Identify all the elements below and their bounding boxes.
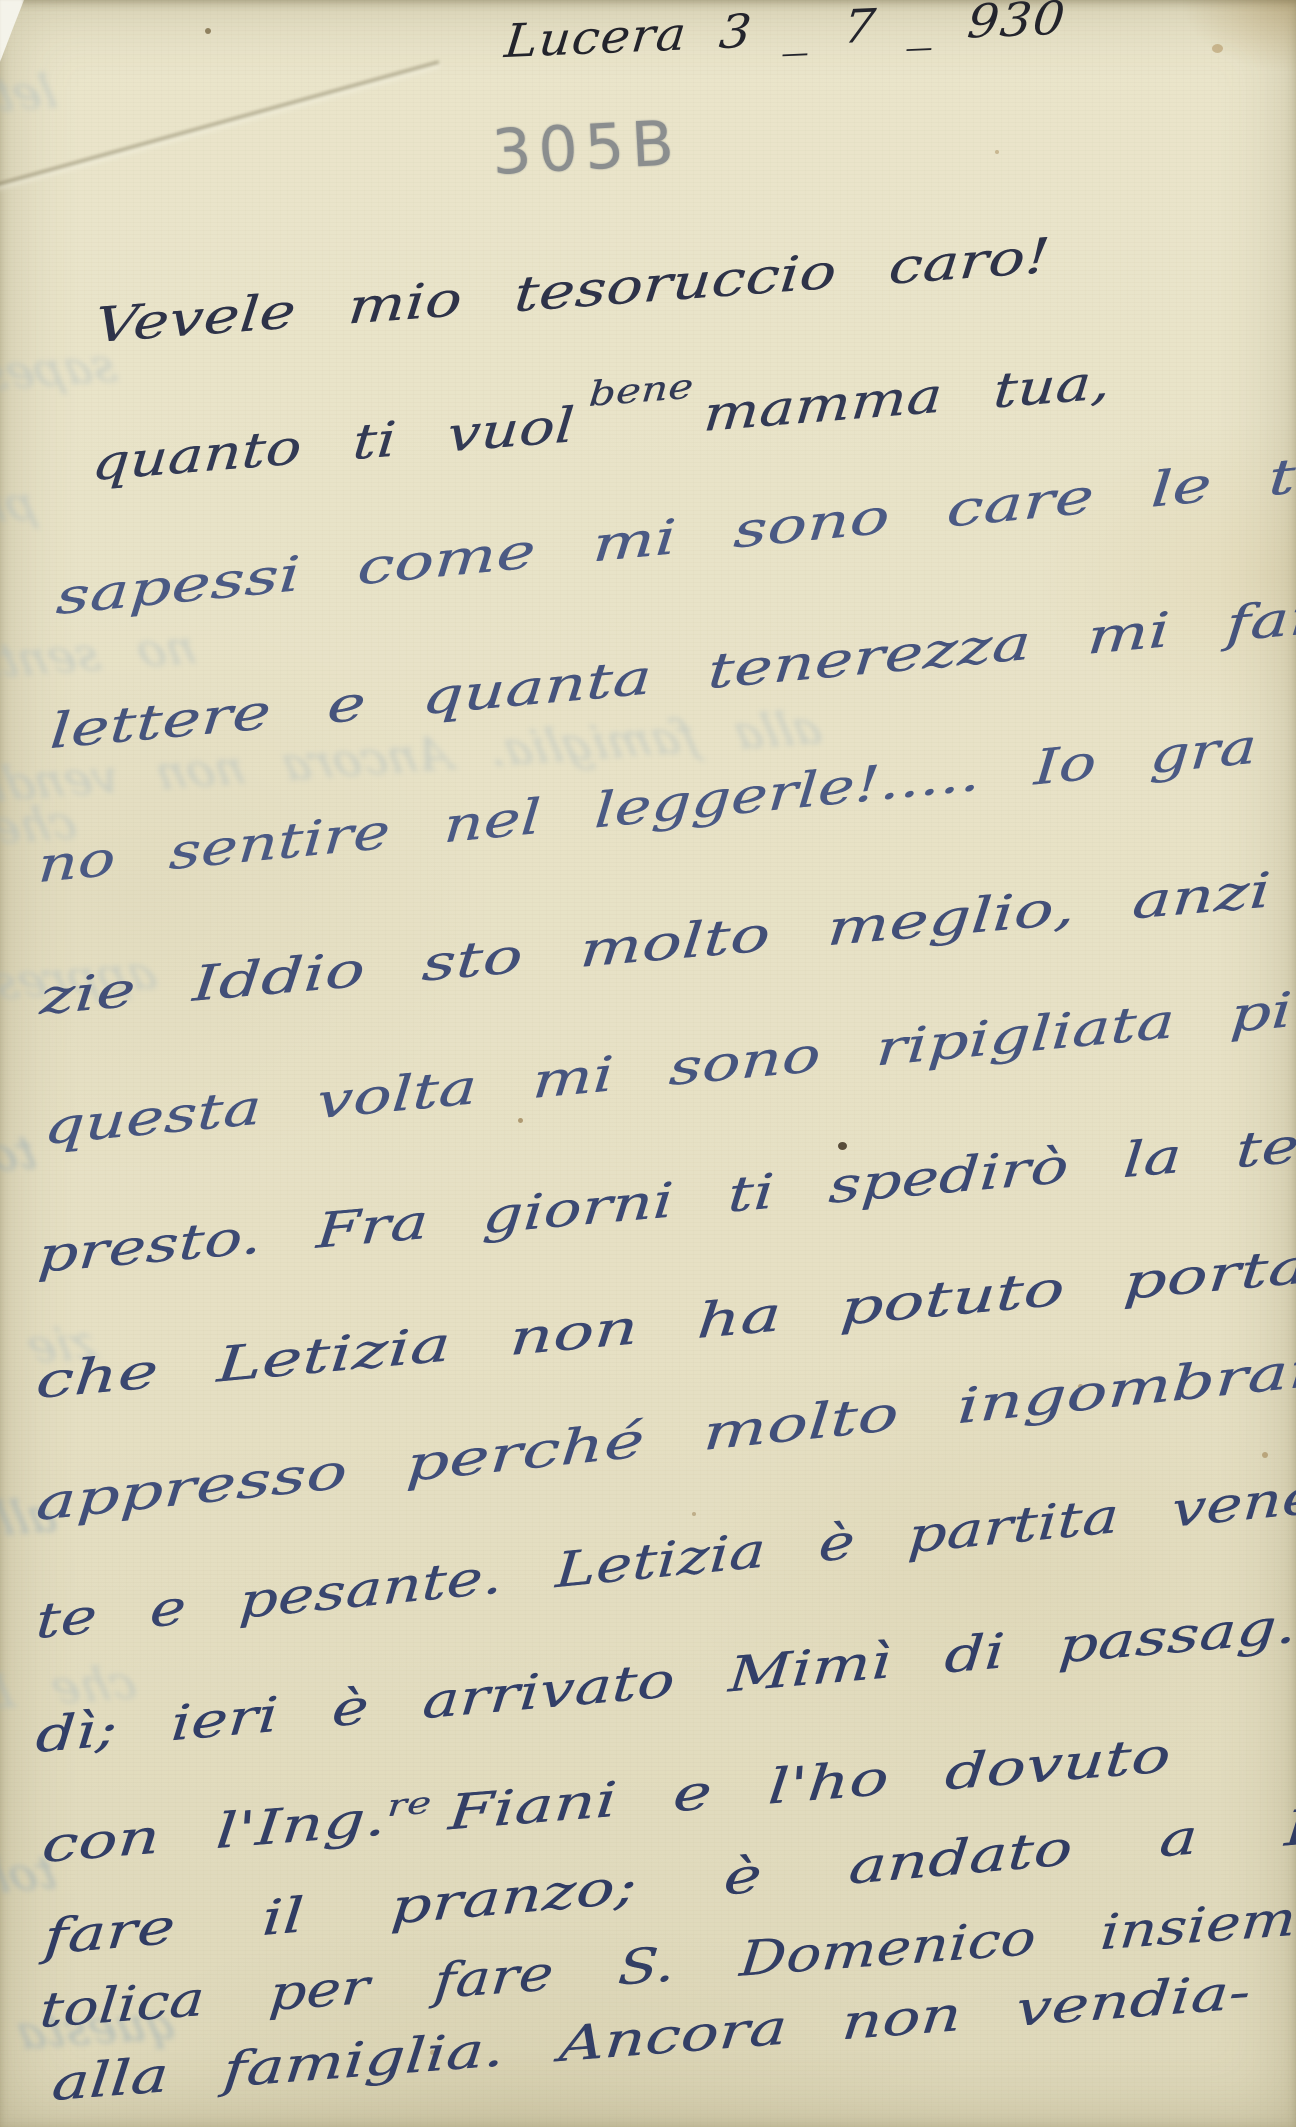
letter-line-text: mamma tua, <box>701 354 1112 443</box>
foxing-spot <box>995 150 999 154</box>
ink-bleed-line: tolica per fare S. Domenico insieme <box>0 1125 41 1246</box>
catalog-number: 305B <box>490 106 682 189</box>
paper-crease <box>0 60 439 188</box>
letter-line-text: quanto ti vuol <box>90 397 577 492</box>
inserted-word-above-line: bene <box>588 367 695 414</box>
superscript-abbreviation: re <box>386 1786 433 1823</box>
letter-line: quanto ti vuolbenemamma tua, <box>90 356 1113 492</box>
torn-corner <box>0 0 26 64</box>
ink-bleed-line: lettere e quanta tenerezza mi fan <box>0 64 61 181</box>
foxing-spot <box>1212 44 1223 53</box>
letter-line-text: con l'Ing. <box>40 1790 389 1874</box>
foxing-spot <box>205 28 211 34</box>
letter-line: no sentire nel leggerle!..... Io gra <box>36 720 1258 894</box>
foxing-spot <box>518 1118 523 1123</box>
foxing-spot <box>1262 1452 1268 1458</box>
salutation: Vevele mio tesoruccio caro! <box>93 230 1052 354</box>
foxing-spot <box>692 1512 696 1516</box>
foxing-spot <box>838 1142 847 1150</box>
letter-sheet: lettere e quanta tenerezza mi fan questa… <box>0 0 1296 2127</box>
ink-bleed-line: presto. Fra giorni ti spedirò la tela <box>0 476 41 596</box>
dateline: Lucera 3 _ 7 _ 930 <box>502 0 1068 68</box>
